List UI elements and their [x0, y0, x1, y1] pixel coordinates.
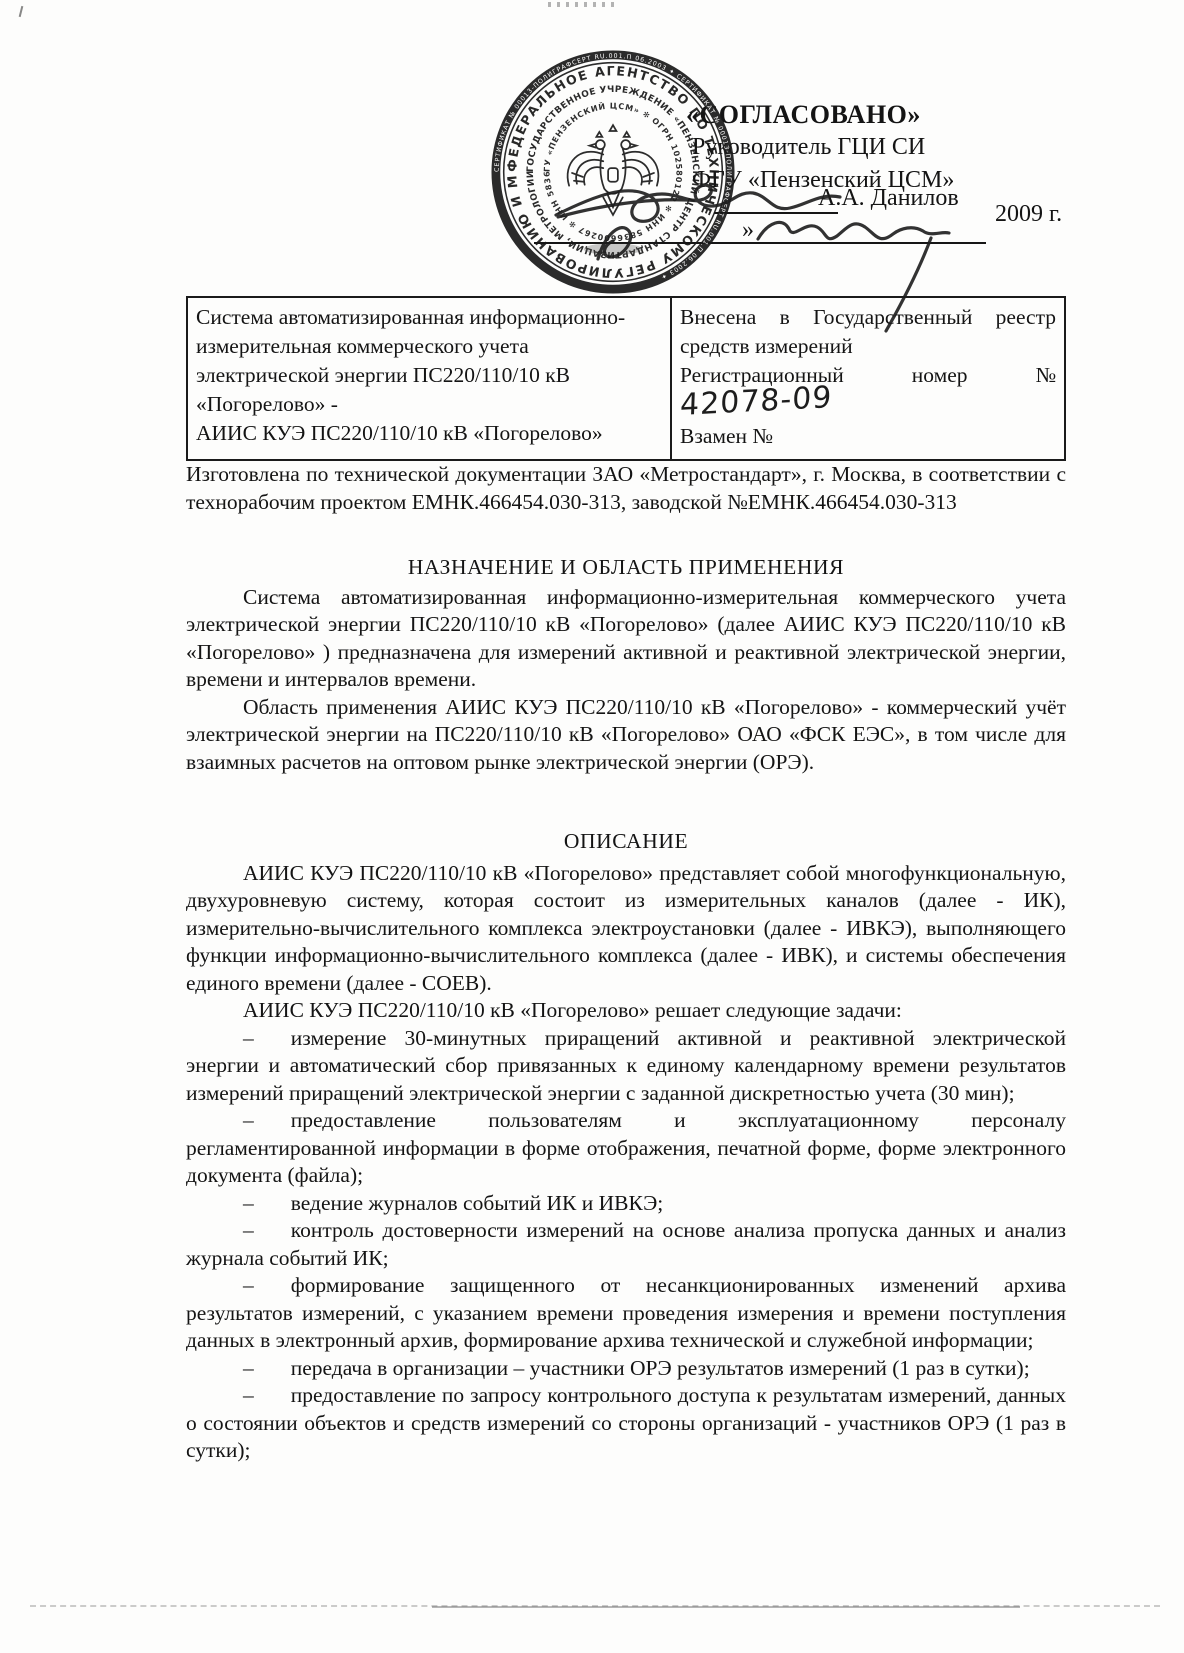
list-item: –ведение журналов событий ИК и ИВКЭ; [186, 1190, 1066, 1218]
list-item: –контроль достоверности измерений на осн… [186, 1217, 1066, 1272]
registry-table: Система автоматизированная информационно… [186, 296, 1066, 461]
list-item-text: формирование защищенного от несанкционир… [186, 1273, 1066, 1352]
stamp-ink-smudge [584, 243, 643, 255]
paragraph: АИИС КУЭ ПС220/110/10 кВ «Погорелово» пр… [186, 860, 1066, 998]
list-dash: – [243, 1356, 254, 1380]
list-dash: – [243, 1383, 254, 1407]
date-month-scribble [758, 222, 949, 239]
list-dash: – [243, 1026, 254, 1050]
scan-artifact-top-center [548, 2, 614, 7]
registration-number-line: Регистрационный номер №42078-09 [680, 361, 1056, 422]
list-item-text: предоставление пользователям и эксплуата… [186, 1108, 1066, 1187]
scan-artifact-top-left [19, 6, 24, 17]
list-item: –предоставление по запросу контрольного … [186, 1382, 1066, 1465]
paragraph: Область применения АИИС КУЭ ПС220/110/10… [186, 694, 1066, 777]
list-item-text: ведение журналов событий ИК и ИВКЭ; [291, 1191, 664, 1215]
document-body: Система автоматизированная информационно… [186, 296, 1066, 1465]
list-item-text: предоставление по запросу контрольного д… [186, 1383, 1066, 1462]
list-dash: – [243, 1218, 254, 1242]
approval-signer-name: А.А. Данилов [818, 185, 959, 212]
registry-entry-line: Внесена в Государственный реестр средств… [680, 303, 1056, 361]
registration-number-handwritten: 42078-09 [680, 383, 833, 420]
manufacture-paragraph: Изготовлена по технической документации … [186, 461, 1066, 516]
round-official-stamp: СЕРТИФИКАТ № 00013-ПОЛИГРАФСЕРТ RU.001.П… [491, 50, 735, 294]
registry-info-cell: Внесена в Государственный реестр средств… [671, 297, 1065, 460]
list-item: –предоставление пользователям и эксплуат… [186, 1107, 1066, 1190]
date-close-quote: » [742, 217, 754, 244]
scan-artifact-bottom-line [432, 1606, 1020, 1608]
section-heading-description: ОПИСАНИЕ [186, 828, 1066, 856]
system-name-cell: Система автоматизированная информационно… [187, 297, 671, 460]
registration-number-label: Регистрационный номер № [680, 363, 1056, 387]
approval-year: 2009 г. [995, 201, 1062, 228]
replacement-number-line: Взамен № [680, 422, 1056, 451]
list-item: –передача в организации – участники ОРЭ … [186, 1355, 1066, 1383]
scanned-document-page: { "approval": { "title": "«СОГЛАСОВАНО»"… [0, 0, 1184, 1653]
list-dash: – [243, 1191, 254, 1215]
paragraph: Система автоматизированная информационно… [186, 584, 1066, 694]
double-headed-eagle-icon [568, 125, 659, 215]
list-dash: – [243, 1108, 254, 1132]
list-item: –формирование защищенного от несанкциони… [186, 1272, 1066, 1355]
list-item-text: передача в организации – участники ОРЭ р… [291, 1356, 1030, 1380]
list-item: –измерение 30-минутных приращений активн… [186, 1025, 1066, 1108]
section-heading-purpose: НАЗНАЧЕНИЕ И ОБЛАСТЬ ПРИМЕНЕНИЯ [186, 554, 1066, 582]
list-item-text: контроль достоверности измерений на осно… [186, 1218, 1066, 1270]
paragraph: АИИС КУЭ ПС220/110/10 кВ «Погорелово» ре… [186, 997, 1066, 1025]
list-dash: – [243, 1273, 254, 1297]
table-row: Система автоматизированная информационно… [187, 297, 1065, 460]
list-item-text: измерение 30-минутных приращений активно… [186, 1026, 1066, 1105]
